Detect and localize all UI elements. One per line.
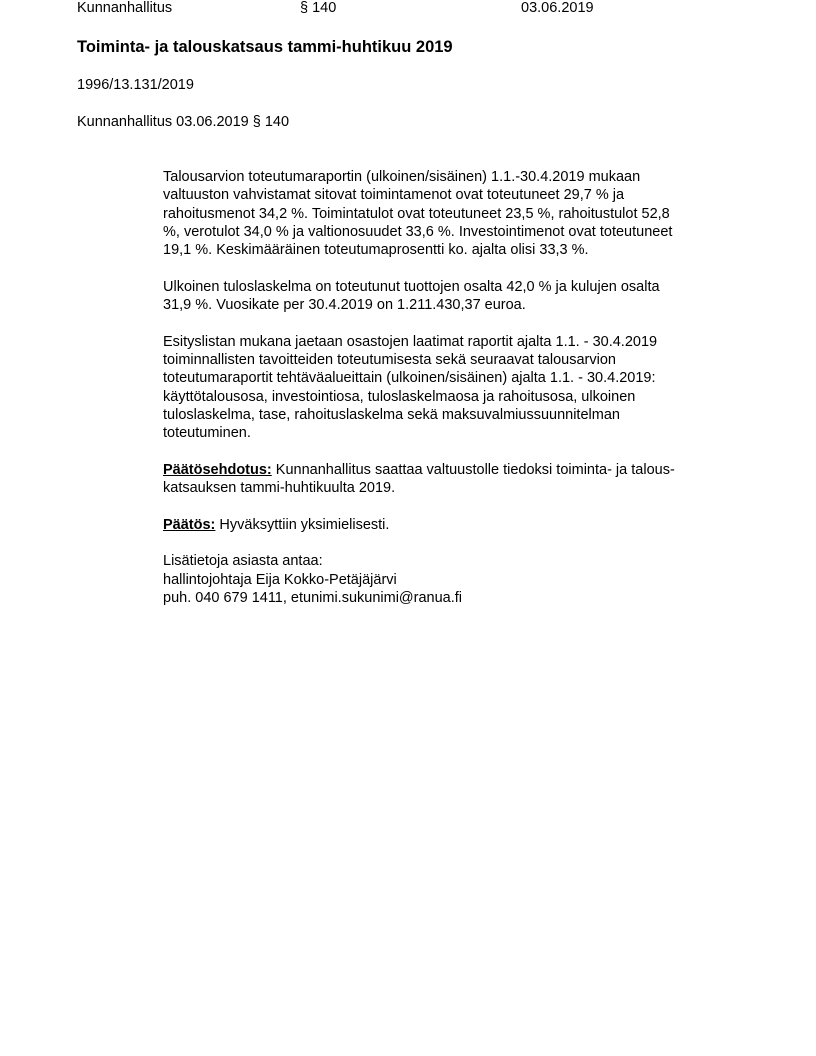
header-section: § 140 — [300, 0, 336, 18]
contact-info: Lisätietoja asiasta antaa: hallintojohta… — [163, 552, 743, 607]
document-title: Toiminta- ja talouskatsaus tammi-huhtiku… — [77, 37, 453, 57]
document-number: 1996/13.131/2019 — [77, 76, 194, 94]
proposal: Päätösehdotus: Kunnanhallitus saattaa va… — [163, 461, 743, 498]
decision: Päätös: Hyväksyttiin yksimielisesti. — [163, 516, 743, 534]
contact-person: hallintojohtaja Eija Kokko-Petäjäjärvi — [163, 572, 397, 588]
header-date: 03.06.2019 — [521, 0, 594, 18]
header-organ: Kunnanhallitus — [77, 0, 172, 18]
decision-text: Hyväksyttiin yksimielisesti. — [215, 517, 389, 533]
contact-intro: Lisätietoja asiasta antaa: — [163, 553, 323, 569]
document-header: Kunnanhallitus § 140 03.06.2019 — [77, 0, 637, 18]
paragraph-income-statement: Ulkoinen tuloslaskelma on toteutunut tuo… — [163, 278, 743, 315]
paragraph-budget-realization: Talousarvion toteutumaraportin (ulkoinen… — [163, 168, 743, 259]
meeting-reference: Kunnanhallitus 03.06.2019 § 140 — [77, 113, 289, 131]
decision-label: Päätös: — [163, 517, 215, 533]
proposal-label: Päätösehdotus: — [163, 462, 272, 478]
document-body: Talousarvion toteutumaraportin (ulkoinen… — [163, 168, 743, 625]
paragraph-reports: Esityslistan mukana jaetaan osastojen la… — [163, 333, 743, 443]
contact-details[interactable]: puh. 040 679 1411, etunimi.sukunimi@ranu… — [163, 590, 462, 606]
